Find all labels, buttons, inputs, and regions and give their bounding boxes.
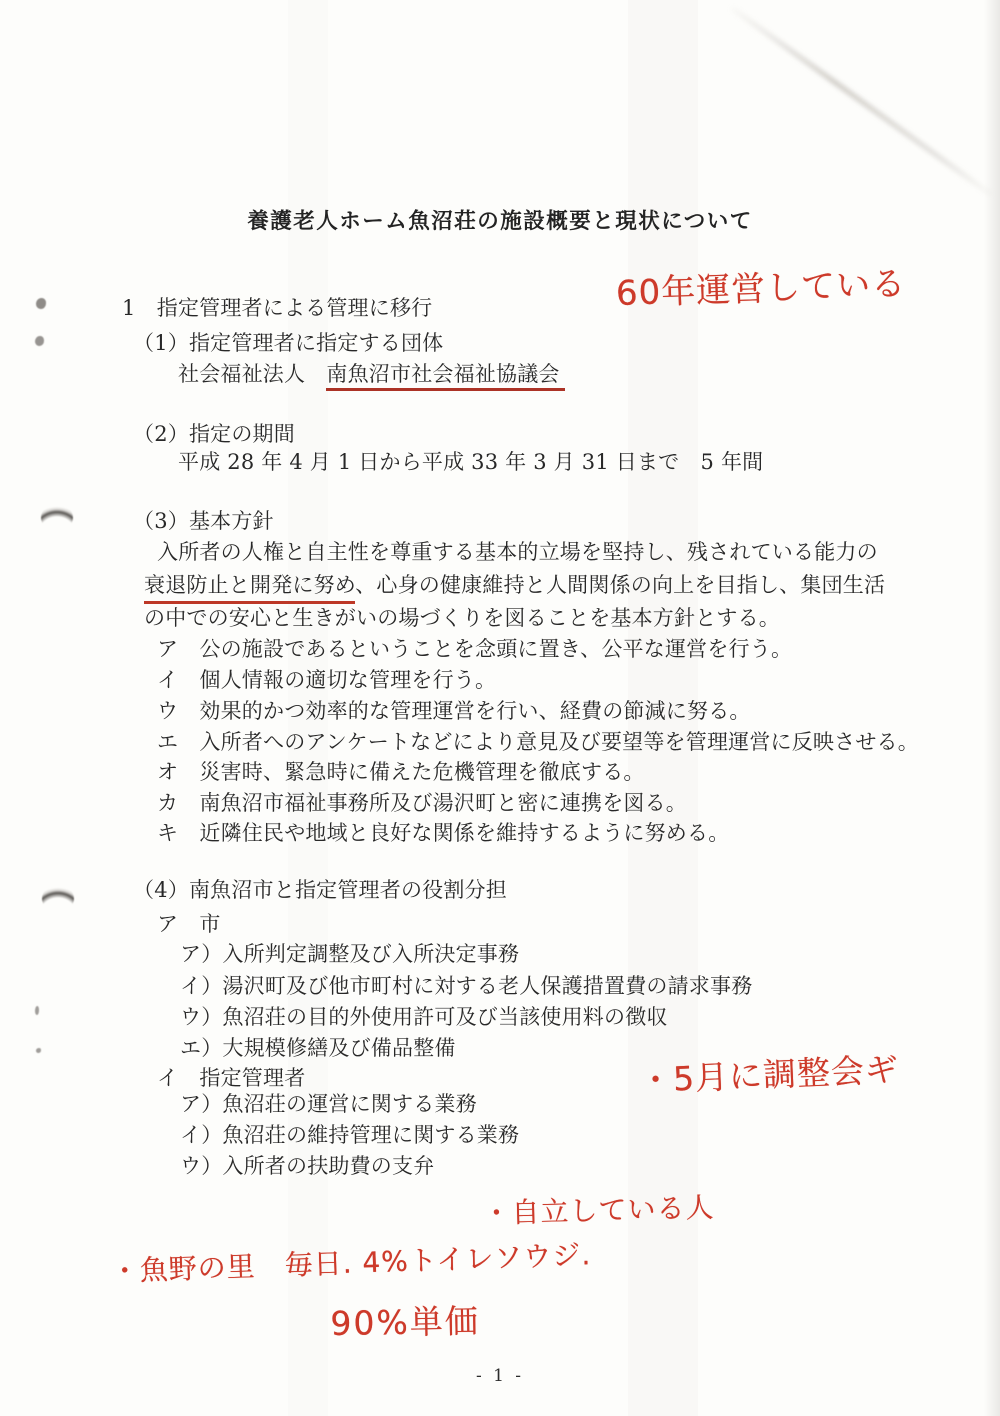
corporation-type: 社会福祉法人 — [178, 362, 326, 386]
section1-heading: 1 指定管理者による管理に移行 — [122, 296, 432, 321]
ink-speck — [35, 336, 44, 346]
policy-point-ki: キ 近隣住民や地域と良好な関係を維持するように努める。 — [157, 821, 729, 846]
ink-speck — [36, 1048, 41, 1053]
paragraph-line2-rest: 、心身の健康維持と人間関係の向上を目指し、集団生活 — [355, 573, 885, 597]
handwritten-note-unit-price: 90%単価 — [330, 1295, 480, 1345]
item2-label: （2）指定の期間 — [133, 422, 295, 447]
item2-body: 平成 28 年 4 月 1 日から平成 33 年 3 月 31 日まで 5 年間 — [178, 450, 763, 475]
red-underlined-phrase: 衰退防止と開発に努め — [144, 573, 355, 604]
policy-point-o: オ 災害時、緊急時に備えた危機管理を徹底する。 — [157, 760, 645, 785]
policy-point-u: ウ 効果的かつ効率的な管理運営を行い、経費の節減に努る。 — [157, 699, 751, 724]
manager-heading: イ 指定管理者 — [157, 1066, 305, 1091]
city-point-2: イ）湯沢町及び他市町村に対する老人保護措置費の請求事務 — [180, 974, 752, 999]
punch-hole-top — [41, 504, 73, 531]
handwritten-note-independent-people: ・自立している人 — [482, 1186, 715, 1232]
document-title: 養護老人ホーム魚沼荘の施設概要と現状について — [0, 204, 1000, 235]
policy-paragraph-line3: の中での安心と生きがいの場づくりを図ることを基本方針とする。 — [144, 606, 780, 631]
policy-point-e: エ 入所者へのアンケートなどにより意見及び要望等を管理運営に反映させる。 — [157, 730, 919, 755]
corporation-name-red-underlined: 南魚沼市社会福祉協議会 — [326, 362, 564, 391]
manager-point-2: イ）魚沼荘の維持管理に関する業務 — [180, 1123, 519, 1148]
item1-label: （1）指定管理者に指定する団体 — [133, 331, 443, 356]
city-point-4: エ）大規模修繕及び備品整備 — [180, 1036, 456, 1061]
policy-paragraph-line1: 入所者の人権と自主性を尊重する基本的立場を堅持し、残されている能力の — [157, 540, 878, 565]
city-point-1: ア）入所判定調整及び入所決定事務 — [180, 942, 519, 967]
handwritten-note-uono-no-sato: ・魚野の里 毎日. 4%トイレソウジ. — [110, 1233, 592, 1290]
city-heading: ア 市 — [157, 912, 221, 937]
manager-point-1: ア）魚沼荘の運営に関する業務 — [180, 1092, 477, 1117]
ink-speck — [35, 1006, 39, 1015]
ink-speck — [36, 298, 46, 309]
handwritten-note-may-meeting: ・5月に調整会ギ — [638, 1044, 900, 1102]
item1-body: 社会福祉法人 南魚沼市社会福祉協議会 — [178, 362, 565, 387]
handwritten-note-years-operating: 60年運営している — [615, 256, 907, 315]
policy-point-i: イ 個人情報の適切な管理を行う。 — [157, 668, 496, 693]
policy-point-a: ア 公の施設であるということを念頭に置き、公平な運営を行う。 — [157, 637, 792, 662]
policy-point-ka: カ 南魚沼市福祉事務所及び湯沢町と密に連携を図る。 — [157, 791, 687, 816]
item4-label: （4）南魚沼市と指定管理者の役割分担 — [133, 878, 507, 903]
policy-paragraph-line2: 衰退防止と開発に努め、心身の健康維持と人間関係の向上を目指し、集団生活 — [144, 573, 885, 598]
manager-point-3: ウ）入所者の扶助費の支弁 — [180, 1154, 434, 1179]
city-point-3: ウ）魚沼荘の目的外使用許可及び当該使用料の徴収 — [180, 1005, 668, 1030]
scanned-document-page: 養護老人ホーム魚沼荘の施設概要と現状について 1 指定管理者による管理に移行 （… — [0, 0, 1000, 1416]
punch-hole-bottom — [42, 885, 74, 912]
page-number: - 1 - — [0, 1366, 1000, 1386]
item3-label: （3）基本方針 — [133, 509, 274, 534]
paper-fold-crease — [730, 6, 993, 197]
